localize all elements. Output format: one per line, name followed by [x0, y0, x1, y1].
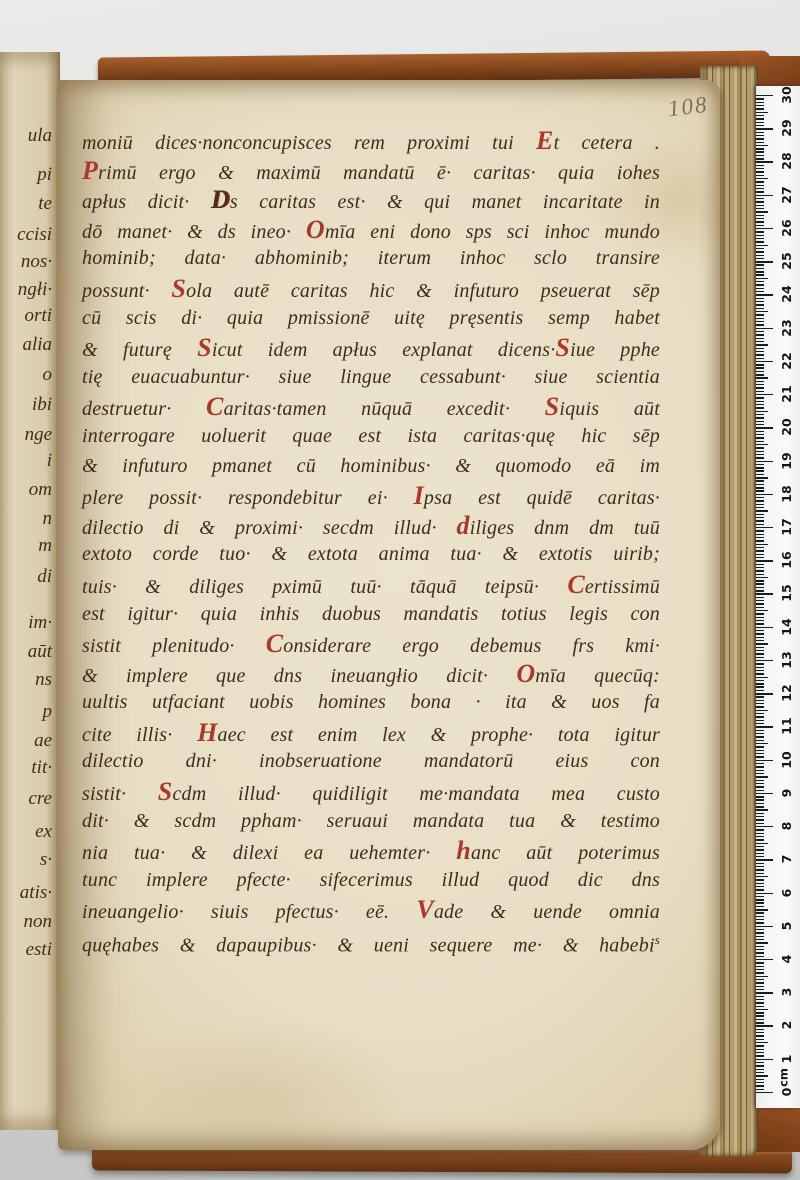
ruler-tick: [756, 524, 764, 525]
ruler-tick: [756, 686, 764, 687]
text-segment: sistit·: [82, 783, 158, 805]
ruler-number: 19: [780, 450, 794, 472]
ruler-tick: [756, 261, 773, 262]
facing-page-fragment: non: [24, 911, 53, 933]
facing-page-fragment: im·: [28, 612, 52, 634]
ruler-tick: [756, 504, 764, 505]
ruler-tick: [756, 677, 768, 678]
manuscript-line: nia tua· & dilexi ea uehemter· hanc aūt …: [82, 836, 660, 866]
text-segment: apłus dicit·: [82, 191, 211, 213]
ruler-tick: [756, 437, 764, 438]
facing-page-fragment: ngłi·: [18, 279, 52, 301]
ruler-tick: [756, 112, 768, 113]
ruler-tick: [756, 341, 764, 342]
ruler-tick: [756, 148, 764, 149]
ruler-number: 16: [780, 549, 794, 571]
ruler-tick: [756, 258, 764, 259]
facing-page-fragment: ibi: [32, 394, 52, 416]
ruler-tick: [756, 839, 764, 840]
ruler-tick: [756, 770, 764, 771]
ruler-tick: [756, 550, 764, 551]
ruler-tick: [756, 966, 764, 967]
ruler-tick: [756, 929, 764, 930]
ruler-tick: [756, 829, 764, 830]
ruler-tick: [756, 477, 768, 478]
text-segment: s: [655, 932, 660, 947]
text-segment: iliges dnm dm tuū: [470, 517, 660, 539]
ruler-tick: [756, 125, 764, 126]
ruler-tick: [756, 969, 764, 970]
ruler-tick: [756, 1065, 764, 1066]
ruler-tick: [756, 667, 764, 668]
ruler-tick: [756, 181, 764, 182]
rubric-initial: O: [516, 659, 535, 688]
ruler-tick: [756, 816, 764, 817]
manuscript-line: sistit· Scdm illud· quidiligit me·mandat…: [82, 777, 660, 807]
ruler-tick: [756, 1015, 764, 1016]
manuscript-line: plere possit· respondebitur ei· Ipsa est…: [82, 481, 660, 511]
ruler-tick: [756, 358, 764, 359]
ruler-tick: [756, 760, 773, 761]
ruler-tick: [756, 274, 764, 275]
rubric-initial: S: [545, 392, 560, 421]
ruler-tick: [756, 637, 764, 638]
ruler-tick: [756, 893, 773, 894]
ruler-tick: [756, 417, 764, 418]
facing-page-fragment: di: [37, 566, 52, 588]
ruler-tick: [756, 713, 764, 714]
ruler-tick: [756, 856, 764, 857]
ruler-tick: [756, 474, 764, 475]
facing-page-fragment: m: [38, 535, 52, 557]
ruler-tick: [756, 613, 764, 614]
text-segment: iue pphe: [570, 339, 660, 361]
ruler-tick: [756, 444, 768, 445]
ruler-tick: [756, 424, 764, 425]
text-segment: mīa eni dono sps sci inhoc mundo: [325, 221, 660, 243]
ruler-tick: [756, 567, 764, 568]
ruler-tick: [756, 1045, 764, 1046]
manuscript-text-block: moniū dices·nonconcupisces rem proximi t…: [82, 126, 660, 955]
ruler-tick: [756, 1062, 764, 1063]
ruler-tick: [756, 564, 764, 565]
ruler-tick: [756, 271, 764, 272]
ruler-tick: [756, 706, 764, 707]
ruler-number: 27: [780, 184, 794, 206]
ruler-tick: [756, 999, 764, 1000]
ruler-tick: [756, 696, 764, 697]
ruler-tick: [756, 673, 764, 674]
ruler-number: 21: [780, 383, 794, 405]
ruler-tick: [756, 577, 768, 578]
ruler-tick: [756, 750, 764, 751]
ruler-tick: [756, 318, 764, 319]
facing-page-fragment: n: [43, 508, 53, 530]
ruler-tick: [756, 690, 764, 691]
text-segment: & infuturo pmanet cū hominibus· & quomod…: [82, 455, 660, 477]
facing-page-fragment: nos·: [21, 251, 52, 273]
ruler-tick: [756, 221, 764, 222]
ruler-tick: [756, 98, 764, 99]
ruler-tick: [756, 633, 764, 634]
ruler-tick: [756, 603, 764, 604]
manuscript-line: cū scis di· quia pmissionē uitę pręsenti…: [82, 304, 660, 334]
folio-number: 108: [667, 92, 710, 123]
ruler-tick: [756, 590, 764, 591]
facing-page-fragment: alia: [22, 334, 52, 356]
text-segment: quęhabes & dapaupibus· & ueni sequere me…: [82, 935, 655, 957]
ruler-tick: [756, 411, 768, 412]
text-segment: extoto corde tuo· & extota anima tua· & …: [82, 543, 660, 565]
ruler-tick: [756, 328, 773, 329]
manuscript-line: & futurę Sicut idem apłus explanat dicen…: [82, 333, 660, 363]
manuscript-line: tunc implere pfecte· sifecerimus illud q…: [82, 866, 660, 896]
text-segment: iquis aūt: [559, 398, 660, 420]
ruler-tick: [756, 683, 764, 684]
ruler-tick: [756, 527, 773, 528]
ruler-tick: [756, 301, 764, 302]
ruler-number: 20: [780, 416, 794, 438]
text-segment: & implere que dns ineuangłio dicit·: [82, 665, 516, 687]
ruler-tick: [756, 889, 764, 890]
ruler-tick: [756, 746, 764, 747]
ruler-tick: [756, 720, 764, 721]
ruler-tick: [756, 703, 764, 704]
manuscript-line: uultis utfaciant uobis homines bona · it…: [82, 688, 660, 718]
ruler-tick: [756, 583, 764, 584]
ruler-number: 15: [780, 582, 794, 604]
ruler-tick: [756, 932, 764, 933]
rubric-initial: H: [197, 718, 217, 747]
manuscript-line: moniū dices·nonconcupisces rem proximi t…: [82, 126, 660, 156]
ruler-tick: [756, 381, 764, 382]
ruler-tick: [756, 540, 764, 541]
ruler-tick: [756, 883, 764, 884]
ruler-tick: [756, 846, 764, 847]
manuscript-line: extoto corde tuo· & extota anima tua· & …: [82, 540, 660, 570]
facing-page-fragment: o: [43, 364, 53, 386]
ruler-tick: [756, 480, 764, 481]
text-segment: dō manet· & ds ineo·: [82, 221, 306, 243]
manuscript-line: dilectio dni· inobseruatione mandatorū e…: [82, 747, 660, 777]
ruler-number: 10: [780, 749, 794, 771]
ruler-tick: [756, 132, 764, 133]
ruler-tick: [756, 989, 764, 990]
text-segment: est igitur· quia inhis duobus mandatis t…: [82, 603, 660, 625]
ruler-tick: [756, 610, 768, 611]
ruler-tick: [756, 597, 764, 598]
ruler-tick: [756, 387, 764, 388]
ruler-tick: [756, 912, 764, 913]
ruler-tick: [756, 201, 764, 202]
ruler-tick: [756, 743, 768, 744]
ruler-tick: [756, 391, 764, 392]
ruler-tick: [756, 859, 773, 860]
ruler-tick: [756, 248, 764, 249]
ruler-tick: [756, 461, 773, 462]
ruler-tick: [756, 823, 764, 824]
ruler-tick: [756, 886, 764, 887]
text-segment: sistit plenitudo·: [82, 635, 266, 657]
facing-page-fragment: nge: [25, 424, 52, 446]
ruler-number: 26: [780, 217, 794, 239]
ruler-tick: [756, 939, 764, 940]
ruler-tick: [756, 906, 764, 907]
text-segment: onsiderare ergo debemus frs kmi·: [283, 635, 660, 657]
ruler-tick: [756, 324, 764, 325]
ruler-number: 6: [780, 882, 794, 904]
ruler-tick: [756, 620, 764, 621]
ruler-tick: [756, 570, 764, 571]
ruler-tick: [756, 414, 764, 415]
rubric-initial: S: [197, 333, 212, 362]
ruler-tick: [756, 1092, 773, 1093]
ruler-tick: [756, 344, 768, 345]
ruler-tick: [756, 959, 773, 960]
ruler-tick: [756, 630, 764, 631]
ruler-tick: [756, 733, 764, 734]
ruler-tick: [756, 843, 768, 844]
ruler-tick: [756, 145, 768, 146]
ruler-tick: [756, 205, 764, 206]
ruler-tick: [756, 530, 764, 531]
ruler-tick: [756, 294, 773, 295]
ruler-tick: [756, 427, 773, 428]
ruler-tick: [756, 281, 764, 282]
ruler-tick: [756, 1085, 764, 1086]
text-segment: tuis· & diliges pximū tuū· tāquā teipsū·: [82, 576, 567, 598]
ruler-tick: [756, 833, 764, 834]
ruler-number: 29: [780, 117, 794, 139]
ruler-tick: [756, 284, 764, 285]
ruler-tick: [756, 670, 764, 671]
ruler-tick: [756, 726, 773, 727]
ruler-tick: [756, 647, 764, 648]
text-segment: plere possit· respondebitur ei·: [82, 487, 414, 509]
ruler-tick: [756, 514, 764, 515]
ruler-tick: [756, 560, 773, 561]
ruler-tick: [756, 593, 773, 594]
ruler-tick: [756, 836, 764, 837]
ruler-tick: [756, 693, 773, 694]
ruler-tick: [756, 982, 764, 983]
ruler-tick: [756, 208, 764, 209]
ruler-tick: [756, 979, 764, 980]
ruler-tick: [756, 869, 764, 870]
ruler-tick: [756, 188, 764, 189]
rubric-initial: V: [416, 895, 434, 924]
ruler-tick: [756, 896, 764, 897]
ruler-tick: [756, 421, 764, 422]
ruler-tick: [756, 361, 773, 362]
ruler-tick: [756, 952, 764, 953]
ruler-tick: [756, 544, 768, 545]
ruler-tick: [756, 1025, 773, 1026]
ruler-tick: [756, 1009, 768, 1010]
ruler-tick: [756, 470, 764, 471]
ruler-tick: [756, 211, 768, 212]
ruler-tick: [756, 783, 764, 784]
ruler-tick: [756, 806, 764, 807]
ruler-tick: [756, 288, 764, 289]
ruler-tick: [756, 866, 764, 867]
ruler-tick: [756, 142, 764, 143]
ruler-tick: [756, 1012, 764, 1013]
ruler-tick: [756, 557, 764, 558]
ruler-tick: [756, 331, 764, 332]
facing-page-fragment: aūt: [28, 641, 52, 663]
ruler-tick: [756, 919, 764, 920]
rubric-initial: C: [266, 629, 284, 658]
facing-page-fragment: orti: [25, 305, 52, 327]
ruler-tick: [756, 826, 773, 827]
text-segment: ade & uende omnia: [434, 901, 660, 923]
ruler-tick: [756, 158, 764, 159]
ruler-number: 13: [780, 649, 794, 671]
ruler-tick: [756, 766, 764, 767]
ruler-tick: [756, 268, 764, 269]
ruler-tick: [756, 264, 764, 265]
ruler-tick: [756, 949, 764, 950]
manuscript-line: interrogare uoluerit quae est ista carit…: [82, 422, 660, 452]
ruler-tick: [756, 517, 764, 518]
ruler-tick: [756, 225, 764, 226]
text-segment: nia tua· & dilexi ea uehemter·: [82, 842, 456, 864]
ruler-tick: [756, 367, 764, 368]
ruler-tick: [756, 663, 764, 664]
ruler-tick: [756, 364, 764, 365]
text-segment: psa est quidē caritas·: [424, 487, 660, 509]
ruler-tick: [756, 799, 764, 800]
rubric-initial: O: [306, 215, 325, 244]
ruler-tick: [756, 431, 764, 432]
facing-page-fragment: cre: [28, 788, 52, 810]
ruler-tick: [756, 1029, 764, 1030]
ruler-tick: [756, 467, 764, 468]
ruler-tick: [756, 95, 773, 96]
ruler-tick: [756, 371, 764, 372]
ruler-tick: [756, 218, 764, 219]
rubric-initial: P: [82, 156, 98, 185]
facing-page-fragment: p: [43, 701, 53, 723]
ruler-tick: [756, 813, 764, 814]
rubric-initial: S: [555, 333, 570, 362]
ruler-tick: [756, 384, 764, 385]
ruler-tick: [756, 1082, 764, 1083]
ruler-tick: [756, 394, 773, 395]
ruler-tick: [756, 986, 764, 987]
ruler-tick: [756, 876, 768, 877]
ruler-tick: [756, 1079, 764, 1080]
manuscript-line: hominib; data· abhominib; iterum inhoc s…: [82, 244, 660, 274]
ruler-tick: [756, 374, 764, 375]
ruler-tick: [756, 996, 764, 997]
text-segment: destruetur·: [82, 398, 206, 420]
rubric-initial: S: [158, 777, 173, 806]
ruler-tick: [756, 1002, 764, 1003]
rubric-initial: C: [567, 570, 585, 599]
ruler-tick: [756, 185, 764, 186]
ruler-tick: [756, 457, 764, 458]
ruler-tick: [756, 716, 764, 717]
ruler-tick: [756, 407, 764, 408]
ruler-tick: [756, 235, 764, 236]
ruler-tick: [756, 909, 768, 910]
ruler-number: 5: [780, 915, 794, 937]
ruler-tick: [756, 942, 768, 943]
ruler-tick: [756, 122, 764, 123]
text-segment: ertissimū: [585, 576, 660, 598]
ruler-number: 23: [780, 317, 794, 339]
ruler-tick: [756, 653, 764, 654]
manuscript-line: dō manet· & ds ineo· Omīa eni dono sps s…: [82, 215, 660, 245]
text-segment: icut idem apłus explanat dicens·: [212, 339, 556, 361]
ruler-tick: [756, 1075, 768, 1076]
ruler-tick: [756, 155, 764, 156]
ruler-tick: [756, 510, 768, 511]
ruler-tick: [756, 1059, 773, 1060]
text-segment: uultis utfaciant uobis homines bona · it…: [82, 691, 660, 713]
ruler-number: 17: [780, 516, 794, 538]
ruler-tick: [756, 537, 764, 538]
text-segment: s caritas est· & qui manet incaritate in: [230, 191, 660, 213]
ruler-tick: [756, 1042, 768, 1043]
rubric-initial: h: [456, 836, 471, 865]
ruler-number: 22: [780, 350, 794, 372]
ruler-tick: [756, 291, 764, 292]
text-segment: ola autē caritas hic & infuturo pseuerat…: [186, 280, 660, 302]
ruler-tick: [756, 278, 768, 279]
ruler-tick: [756, 640, 764, 641]
text-segment: dilectio dni· inobseruatione mandatorū e…: [82, 750, 660, 772]
ruler-tick: [756, 404, 764, 405]
ruler-number: 8: [780, 815, 794, 837]
ruler-tick: [756, 178, 768, 179]
ruler-tick: [756, 454, 764, 455]
ruler-unit-label: cm: [778, 1065, 791, 1089]
ruler-tick: [756, 195, 773, 196]
ruler-tick: [756, 1039, 764, 1040]
ruler-tick: [756, 650, 764, 651]
manuscript-line: ineuangelio· siuis pfectus· eē. Vade & u…: [82, 895, 660, 925]
ruler-tick: [756, 863, 764, 864]
ruler-tick: [756, 161, 773, 162]
text-segment: cū scis di· quia pmissionē uitę pręsenti…: [82, 307, 660, 329]
manuscript-line: dit· & scdm ppham· seruaui mandata tua &…: [82, 807, 660, 837]
ruler-tick: [756, 790, 764, 791]
facing-page-fragment: ex: [35, 821, 52, 843]
ruler-tick: [756, 105, 764, 106]
text-segment: cite illis·: [82, 724, 197, 746]
ruler-tick: [756, 740, 764, 741]
ruler-tick: [756, 441, 764, 442]
ruler-tick: [756, 627, 773, 628]
ruler-tick: [756, 108, 764, 109]
ruler-tick: [756, 776, 768, 777]
text-segment: rimū ergo & maximū mandatū ē· caritas· q…: [98, 162, 660, 184]
ruler-tick: [756, 1019, 764, 1020]
ruler-tick: [756, 1022, 764, 1023]
ruler-tick: [756, 793, 773, 794]
ruler-tick: [756, 308, 764, 309]
manuscript-line: cite illis· Haec est enim lex & prophe· …: [82, 718, 660, 748]
facing-page-fragment: atis·: [20, 882, 52, 904]
ruler-number: 7: [780, 848, 794, 870]
ruler-tick: [756, 311, 768, 312]
ruler-tick: [756, 348, 764, 349]
manuscript-line: tię euacuabuntur· siue lingue cessabunt·…: [82, 363, 660, 393]
ruler-tick: [756, 819, 764, 820]
